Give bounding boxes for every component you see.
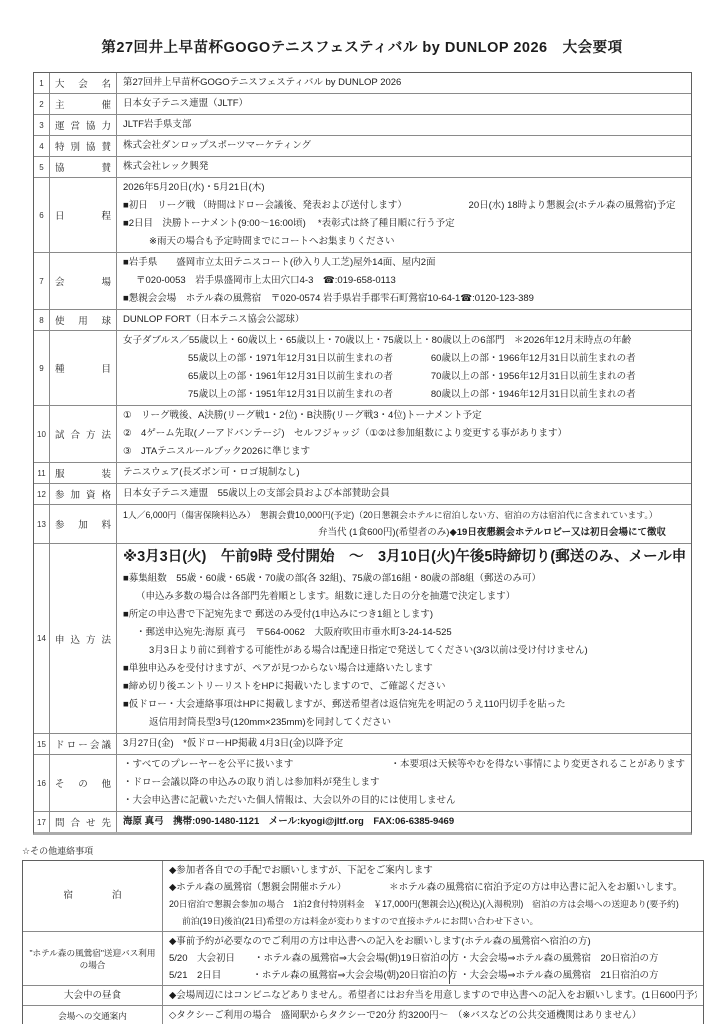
content-line: 前泊(19日)後泊(21日)希望の方は料金が変わりますので直接ホテルにお問い合わ… xyxy=(169,913,697,930)
row-content: 2026年5月20日(水)・5月21日(木)■初日 リーグ戦 （時間はドロー会議… xyxy=(117,178,691,252)
row-content: 日本女子テニス連盟 55歳以上の支部会員および本部賛助会員 xyxy=(117,484,691,504)
document-title: 第27回井上早苗杯GOGOテニスフェスティバル by DUNLOP 2026 大… xyxy=(0,36,724,57)
content-line: ◆会場周辺にはコンビニなどありません。希望者にはお弁当を用意しますので申込書への… xyxy=(169,987,697,1004)
row-number: 2 xyxy=(34,94,50,114)
row-label: 種目 xyxy=(50,331,117,405)
row-label-text: 主催 xyxy=(55,97,111,111)
content-line: JLTF岩手県支部 xyxy=(123,116,685,134)
row-label: "ホテル森の風鶯宿"送迎バス利用の場合 xyxy=(23,932,163,985)
row-label: 大会名 xyxy=(50,73,117,93)
row-label: その他 xyxy=(50,755,117,811)
row-content: ◆参加者各自での手配でお願いしますが、下記をご案内します◆ホテル森の風鶯宿（懇親… xyxy=(163,861,703,931)
line-text-right: 20日(水) 18時より懇親会(ホテル森の風鶯宿)予定 xyxy=(469,197,685,215)
other-notes-table: 宿泊◆参加者各自での手配でお願いしますが、下記をご案内します◆ホテル森の風鶯宿（… xyxy=(22,860,704,1024)
row-number: 13 xyxy=(34,505,50,543)
row-label: 申込方法 xyxy=(50,544,117,733)
content-line: ■懇親会会場 ホテル森の風鶯宿 〒020-0574 岩手県岩手郡雫石町鶯宿10-… xyxy=(123,290,685,308)
content-line: 5/21 2日目 ・ホテル森の風鶯宿⇒大会会場(朝)20日宿泊の方・大会会場⇒ホ… xyxy=(169,967,697,984)
row-label: 参加資格 xyxy=(50,484,117,504)
content-line: 返信用封筒長型3号(120mm×235mm)を同封してください xyxy=(123,714,685,732)
content-line: ・郵送申込宛先:海原 真弓 〒564-0062 大阪府吹田市垂水町3-24-14… xyxy=(123,624,685,642)
row-label: 宿泊 xyxy=(23,861,163,931)
row-content: ◆事前予約が必要なのでご利用の方は申込書への記入をお願いします(ホテル森の風鶯宿… xyxy=(163,932,703,985)
row-label-text: 参加資格 xyxy=(55,487,111,501)
table-row: 6日程2026年5月20日(水)・5月21日(木)■初日 リーグ戦 （時間はドロ… xyxy=(34,177,691,252)
row-label: 会場 xyxy=(50,253,117,309)
table-row: 宿泊◆参加者各自での手配でお願いしますが、下記をご案内します◆ホテル森の風鶯宿（… xyxy=(23,861,703,931)
row-label-text: 試合方法 xyxy=(55,427,111,441)
content-line: 弁当代 (1食600円)(希望者のみ)◆19日夜懇親会ホテルロビー又は初日会場に… xyxy=(123,524,685,542)
row-number: 6 xyxy=(34,178,50,252)
row-number: 14 xyxy=(34,544,50,733)
content-line: 株式会社レック興発 xyxy=(123,158,685,176)
content-line: ② 4ゲーム先取(ノーアドバンテージ) セルフジャッジ（①②は参加組数により変更… xyxy=(123,425,685,443)
content-line: ③ JTAテニスルールブック2026に準じます xyxy=(123,443,685,461)
table-row: 10試合方法① リーグ戦後、A決勝(リーグ戦1・2位)・B決勝(リーグ戦3・4位… xyxy=(34,405,691,462)
content-line: 55歳以上の部・1971年12月31日以前生まれの者 60歳以上の部・1966年… xyxy=(123,350,685,368)
line-text-left: ・すべてのプレーヤーを公平に扱います xyxy=(123,756,293,774)
row-label: 使用球 xyxy=(50,310,117,330)
content-line: 株式会社ダンロップスポーツマーケティング xyxy=(123,137,685,155)
content-line: 2026年5月20日(水)・5月21日(木) xyxy=(123,179,685,197)
row-label: 会場への交通案内 xyxy=(23,1006,163,1024)
table-row: 7会場■岩手県 盛岡市立太田テニスコート(砂入り人工芝)屋外14面、屋内2面〒0… xyxy=(34,252,691,309)
content-line: ◆参加者各自での手配でお願いしますが、下記をご案内します xyxy=(169,862,697,879)
content-line: 第27回井上早苗杯GOGOテニスフェスティバル by DUNLOP 2026 xyxy=(123,74,685,92)
table-row: 17問合せ先海原 真弓 携帯:090-1480-1121 メール:kyogi@j… xyxy=(34,811,691,832)
row-content: ■岩手県 盛岡市立太田テニスコート(砂入り人工芝)屋外14面、屋内2面〒020-… xyxy=(117,253,691,309)
content-line: ◆ホテル森の風鶯宿（懇親会開催ホテル） ＊ホテル森の風鶯宿に宿泊予定の方は申込書… xyxy=(169,879,697,896)
row-content: 1人／6,000円（傷害保険料込み） 懇親会費10,000円(予定)（20日懇親… xyxy=(117,505,691,543)
row-label-text: 宿泊 xyxy=(64,890,122,902)
table-row: "ホテル森の風鶯宿"送迎バス利用の場合◆事前予約が必要なのでご利用の方は申込書へ… xyxy=(23,931,703,985)
line-text-left: 5/21 2日目 ・ホテル森の風鶯宿⇒大会会場(朝)20日宿泊の方 xyxy=(169,967,449,984)
row-content: ◆会場周辺にはコンビニなどありません。希望者にはお弁当を用意しますので申込書への… xyxy=(163,986,703,1005)
table-row: 16その他・すべてのプレーヤーを公平に扱います・本要項は天候等やむを得ない事情に… xyxy=(34,754,691,811)
row-content: ※3月3日(火) 午前9時 受付開始 ～ 3月10日(火)午後5時締切り(郵送の… xyxy=(117,544,691,733)
row-content: 株式会社レック興発 xyxy=(117,157,691,177)
content-line: ■2日目 決勝トーナメント(9:00～16:00頃) *表彰式は終了種目順に行う… xyxy=(123,215,685,233)
row-label: 協賛 xyxy=(50,157,117,177)
table-row: 14申込方法※3月3日(火) 午前9時 受付開始 ～ 3月10日(火)午後5時締… xyxy=(34,543,691,733)
table-row: 11服装テニスウェア(長ズボン可・ロゴ規制なし) xyxy=(34,462,691,483)
line-text-right: ・大会会場⇒ホテル森の風鶯宿 20日宿泊の方 xyxy=(449,950,697,967)
row-number: 16 xyxy=(34,755,50,811)
content-line: ① リーグ戦後、A決勝(リーグ戦1・2位)・B決勝(リーグ戦3・4位)トーナメン… xyxy=(123,407,685,425)
content-line: 女子ダブルス／55歳以上・60歳以上・65歳以上・70歳以上・75歳以上・80歳… xyxy=(123,332,685,350)
row-label-text: 使用球 xyxy=(55,313,111,327)
content-line: 65歳以上の部・1961年12月31日以前生まれの者 70歳以上の部・1956年… xyxy=(123,368,685,386)
row-number: 8 xyxy=(34,310,50,330)
row-number: 17 xyxy=(34,812,50,832)
row-label-text: 申込方法 xyxy=(55,632,111,646)
content-line: ■所定の申込書で下記宛先まで 郵送のみ受付(1申込みにつき1組とします) xyxy=(123,606,685,624)
content-line: 3月27日(金) *仮ドローHP掲載 4月3日(金)以降予定 xyxy=(123,735,685,753)
table-row: 1大会名第27回井上早苗杯GOGOテニスフェスティバル by DUNLOP 20… xyxy=(34,73,691,93)
row-number: 10 xyxy=(34,406,50,462)
content-line: ・すべてのプレーヤーを公平に扱います・本要項は天候等やむを得ない事情により変更さ… xyxy=(123,756,685,774)
content-line: ■単独申込みを受付けますが、ペアが見つからない場合は連絡いたします xyxy=(123,660,685,678)
row-content: 日本女子テニス連盟（JLTF） xyxy=(117,94,691,114)
row-label-text: 協賛 xyxy=(55,160,111,174)
content-line: 〒020-0053 岩手県盛岡市上太田穴口4-3 ☎:019-658-0113 xyxy=(123,272,685,290)
table-row: 13参加料1人／6,000円（傷害保険料込み） 懇親会費10,000円(予定)（… xyxy=(34,504,691,543)
row-label-text: 種目 xyxy=(55,361,111,375)
row-content: ・すべてのプレーヤーを公平に扱います・本要項は天候等やむを得ない事情により変更さ… xyxy=(117,755,691,811)
content-line: DUNLOP FORT（日本テニス協会公認球） xyxy=(123,311,685,329)
tournament-outline-table: 1大会名第27回井上早苗杯GOGOテニスフェスティバル by DUNLOP 20… xyxy=(33,72,692,835)
row-label: 運営協力 xyxy=(50,115,117,135)
row-label: 問合せ先 xyxy=(50,812,117,832)
line-text-right: ・大会会場⇒ホテル森の風鶯宿 21日宿泊の方 xyxy=(449,967,697,984)
row-label-text: 運営協力 xyxy=(55,118,111,132)
row-label-text: 日程 xyxy=(55,208,111,222)
row-number: 1 xyxy=(34,73,50,93)
row-content: JLTF岩手県支部 xyxy=(117,115,691,135)
row-label: 主催 xyxy=(50,94,117,114)
row-label-text: 服装 xyxy=(55,466,111,480)
row-content: 3月27日(金) *仮ドローHP掲載 4月3日(金)以降予定 xyxy=(117,734,691,754)
content-line: ■岩手県 盛岡市立太田テニスコート(砂入り人工芝)屋外14面、屋内2面 xyxy=(123,254,685,272)
content-line: ◆事前予約が必要なのでご利用の方は申込書への記入をお願いします(ホテル森の風鶯宿… xyxy=(169,933,697,950)
row-label-text: 大会名 xyxy=(55,76,111,90)
content-line: 日本女子テニス連盟（JLTF） xyxy=(123,95,685,113)
row-label: ドロー会議 xyxy=(50,734,117,754)
content-line: ※雨天の場合も予定時間までにコートへお集まりください xyxy=(123,233,685,251)
row-content: 海原 真弓 携帯:090-1480-1121 メール:kyogi@jltf.or… xyxy=(117,812,691,832)
line-text-left: ■初日 リーグ戦 （時間はドロー会議後、発表および送付します） xyxy=(123,197,407,215)
row-number: 9 xyxy=(34,331,50,405)
row-content: 第27回井上早苗杯GOGOテニスフェスティバル by DUNLOP 2026 xyxy=(117,73,691,93)
content-line: ■募集組数 55歳・60歳・65歳・70歳の部(各 32組)、75歳の部16組・… xyxy=(123,570,685,588)
row-label: 参加料 xyxy=(50,505,117,543)
content-line: 1人／6,000円（傷害保険料込み） 懇親会費10,000円(予定)（20日懇親… xyxy=(123,506,685,524)
line-text-right: ◆19日夜懇親会ホテルロビー又は初日会場にて徴収 xyxy=(449,524,685,542)
row-label-text: その他 xyxy=(55,776,111,790)
content-line: ※3月3日(火) 午前9時 受付開始 ～ 3月10日(火)午後5時締切り(郵送の… xyxy=(123,545,685,570)
line-text-right: ・本要項は天候等やむを得ない事情により変更されることがあります xyxy=(390,756,685,774)
row-label: 試合方法 xyxy=(50,406,117,462)
content-line: 3月3日より前に到着する可能性がある場合は配達日指定で発送してください(3/3以… xyxy=(123,642,685,660)
content-line: 日本女子テニス連盟 55歳以上の支部会員および本部賛助会員 xyxy=(123,485,685,503)
content-line: ・大会申込書に記載いただいた個人情報は、大会以外の目的には使用しません xyxy=(123,792,685,810)
table-row: 15ドロー会議3月27日(金) *仮ドローHP掲載 4月3日(金)以降予定 xyxy=(34,733,691,754)
row-content: ① リーグ戦後、A決勝(リーグ戦1・2位)・B決勝(リーグ戦3・4位)トーナメン… xyxy=(117,406,691,462)
content-line: （申込み多数の場合は各部門先着順とします。組数に達した日の分を抽選で決定します） xyxy=(123,588,685,606)
row-label: 特別協賛 xyxy=(50,136,117,156)
content-line: ■初日 リーグ戦 （時間はドロー会議後、発表および送付します）20日(水) 18… xyxy=(123,197,685,215)
line-text-left: 5/20 大会初日 ・ホテル森の風鶯宿⇒大会会場(朝)19日宿泊の方 xyxy=(169,950,449,967)
table-row: 3運営協力JLTF岩手県支部 xyxy=(34,114,691,135)
row-label-text: 特別協賛 xyxy=(55,139,111,153)
table-row: 9種目女子ダブルス／55歳以上・60歳以上・65歳以上・70歳以上・75歳以上・… xyxy=(34,330,691,405)
row-number: 3 xyxy=(34,115,50,135)
content-line: 5/20 大会初日 ・ホテル森の風鶯宿⇒大会会場(朝)19日宿泊の方・大会会場⇒… xyxy=(169,950,697,967)
table-row: 4特別協賛株式会社ダンロップスポーツマーケティング xyxy=(34,135,691,156)
row-number: 15 xyxy=(34,734,50,754)
content-line: ■仮ドロー・大会連絡事項はHPに掲載しますが、郵送希望者は返信宛先を明記のうえ1… xyxy=(123,696,685,714)
table-row: 8使用球DUNLOP FORT（日本テニス協会公認球） xyxy=(34,309,691,330)
row-label: 大会中の昼食 xyxy=(23,986,163,1005)
content-line: 20日宿泊で懇親会参加の場合 1泊2食付特別料金 ￥17,000円(懇親会込)(… xyxy=(169,896,697,913)
row-label-text: 参加料 xyxy=(55,517,111,531)
table-row: 2主催日本女子テニス連盟（JLTF） xyxy=(34,93,691,114)
row-label-text: 会場 xyxy=(55,274,111,288)
line-text-left: 弁当代 (1食600円)(希望者のみ) xyxy=(318,524,449,542)
row-label-text: ドロー会議 xyxy=(55,737,111,751)
content-line: 75歳以上の部・1951年12月31日以前生まれの者 80歳以上の部・1946年… xyxy=(123,386,685,404)
content-line: ■締め切り後エントリーリストをHPに掲載いたしますので、ご確認ください xyxy=(123,678,685,696)
table-row: 12参加資格日本女子テニス連盟 55歳以上の支部会員および本部賛助会員 xyxy=(34,483,691,504)
row-number: 7 xyxy=(34,253,50,309)
row-label: 服装 xyxy=(50,463,117,483)
row-label-text: 問合せ先 xyxy=(55,815,111,829)
row-label: 日程 xyxy=(50,178,117,252)
content-line: 海原 真弓 携帯:090-1480-1121 メール:kyogi@jltf.or… xyxy=(123,813,685,831)
content-line: ・ドロー会議以降の申込みの取り消しは参加料が発生します xyxy=(123,774,685,792)
content-line: ◇タクシーご利用の場合 盛岡駅からタクシーで20分 約3200円～ （※バスなど… xyxy=(169,1007,697,1024)
row-number: 4 xyxy=(34,136,50,156)
row-content: ◇タクシーご利用の場合 盛岡駅からタクシーで20分 約3200円～ （※バスなど… xyxy=(163,1006,703,1024)
row-content: 女子ダブルス／55歳以上・60歳以上・65歳以上・70歳以上・75歳以上・80歳… xyxy=(117,331,691,405)
row-number: 5 xyxy=(34,157,50,177)
table-row: 会場への交通案内◇タクシーご利用の場合 盛岡駅からタクシーで20分 約3200円… xyxy=(23,1005,703,1024)
table-row: 5協賛株式会社レック興発 xyxy=(34,156,691,177)
row-number: 11 xyxy=(34,463,50,483)
notes-section-title: ☆その他連絡事項 xyxy=(22,844,724,857)
content-line: テニスウェア(長ズボン可・ロゴ規制なし) xyxy=(123,464,685,482)
row-number: 12 xyxy=(34,484,50,504)
row-content: DUNLOP FORT（日本テニス協会公認球） xyxy=(117,310,691,330)
row-content: 株式会社ダンロップスポーツマーケティング xyxy=(117,136,691,156)
table-row: 大会中の昼食◆会場周辺にはコンビニなどありません。希望者にはお弁当を用意しますの… xyxy=(23,985,703,1005)
row-content: テニスウェア(長ズボン可・ロゴ規制なし) xyxy=(117,463,691,483)
